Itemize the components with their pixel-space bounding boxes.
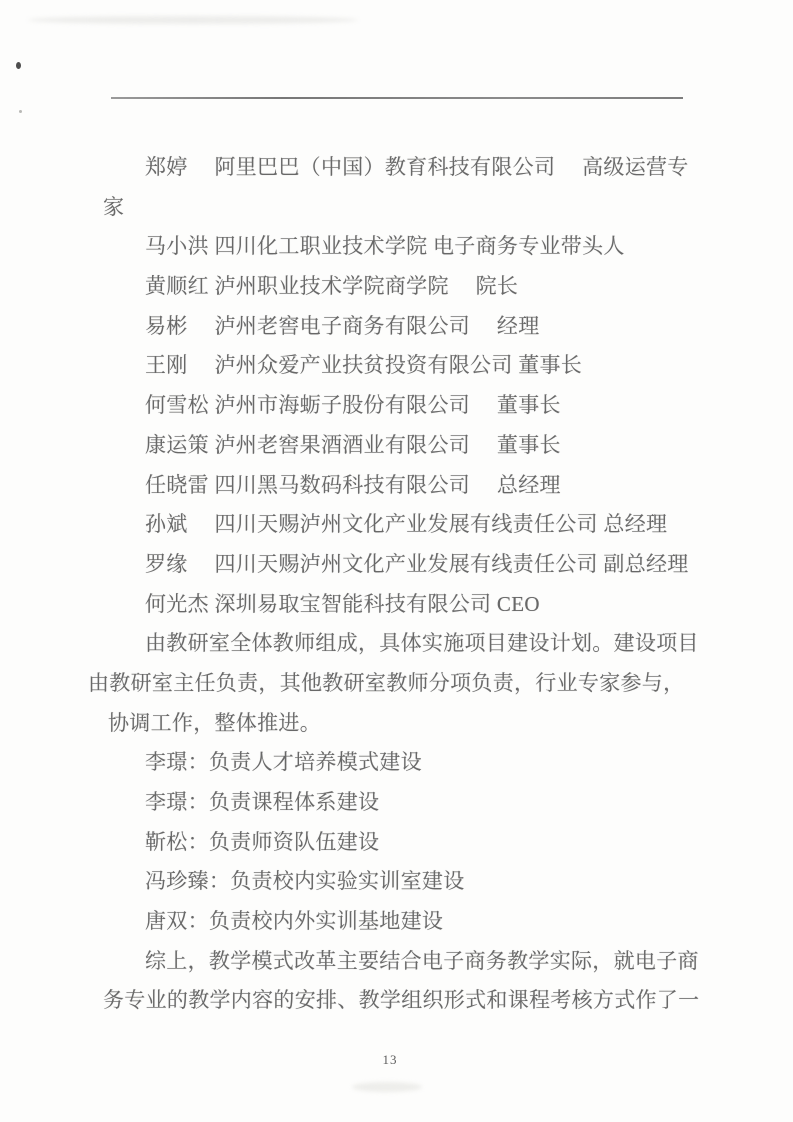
page-number: 13 xyxy=(378,1052,402,1068)
text-line: 康运策 泸州老窖果酒酒业有限公司 董事长 xyxy=(88,426,688,466)
text-line: 任晓雷 四川黑马数码科技有限公司 总经理 xyxy=(88,466,688,506)
text-line: 唐双：负责校内外实训基地建设 xyxy=(88,902,688,942)
text-line: 何雪松 泸州市海蛎子股份有限公司 董事长 xyxy=(88,386,688,426)
text-line: 何光杰 深圳易取宝智能科技有限公司 CEO xyxy=(88,585,688,625)
text-line: 李璟：负责人才培养模式建设 xyxy=(88,743,688,783)
text-line: 由教研室全体教师组成，具体实施项目建设计划。建设项目 xyxy=(88,624,688,664)
text-line: 务专业的教学内容的安排、教学组织形式和课程考核方式作了一 xyxy=(88,981,688,1021)
text-line: 王刚 泸州众爱产业扶贫投资有限公司 董事长 xyxy=(88,346,688,386)
header-divider-line xyxy=(111,97,683,99)
text-line: 靳松：负责师资队伍建设 xyxy=(88,823,688,863)
scan-smudge-top xyxy=(28,16,358,24)
text-line: 郑婷 阿里巴巴（中国）教育科技有限公司 高级运营专 xyxy=(88,148,688,188)
text-line: 易彬 泸州老窖电子商务有限公司 经理 xyxy=(88,307,688,347)
scan-speck-artifact xyxy=(19,110,22,113)
text-line: 孙斌 四川天赐泸州文化产业发展有线责任公司 总经理 xyxy=(88,505,688,545)
text-line: 马小洪 四川化工职业技术学院 电子商务专业带头人 xyxy=(88,227,688,267)
scan-dot-artifact xyxy=(16,62,21,69)
scan-smudge-bottom xyxy=(352,1082,422,1092)
text-line: 协调工作，整体推进。 xyxy=(88,704,688,744)
text-line: 黄顺红 泸州职业技术学院商学院 院长 xyxy=(88,267,688,307)
text-line: 冯珍臻：负责校内实验实训室建设 xyxy=(88,862,688,902)
page-body: 郑婷 阿里巴巴（中国）教育科技有限公司 高级运营专 家 马小洪 四川化工职业技术… xyxy=(88,148,688,1021)
text-line: 李璟：负责课程体系建设 xyxy=(88,783,688,823)
scanned-document-page: 郑婷 阿里巴巴（中国）教育科技有限公司 高级运营专 家 马小洪 四川化工职业技术… xyxy=(0,0,793,1122)
text-line: 由教研室主任负责，其他教研室教师分项负责，行业专家参与， xyxy=(88,664,688,704)
text-line: 罗缘 四川天赐泸州文化产业发展有线责任公司 副总经理 xyxy=(88,545,688,585)
text-line: 家 xyxy=(88,188,688,228)
text-line: 综上，教学模式改革主要结合电子商务教学实际，就电子商 xyxy=(88,942,688,982)
